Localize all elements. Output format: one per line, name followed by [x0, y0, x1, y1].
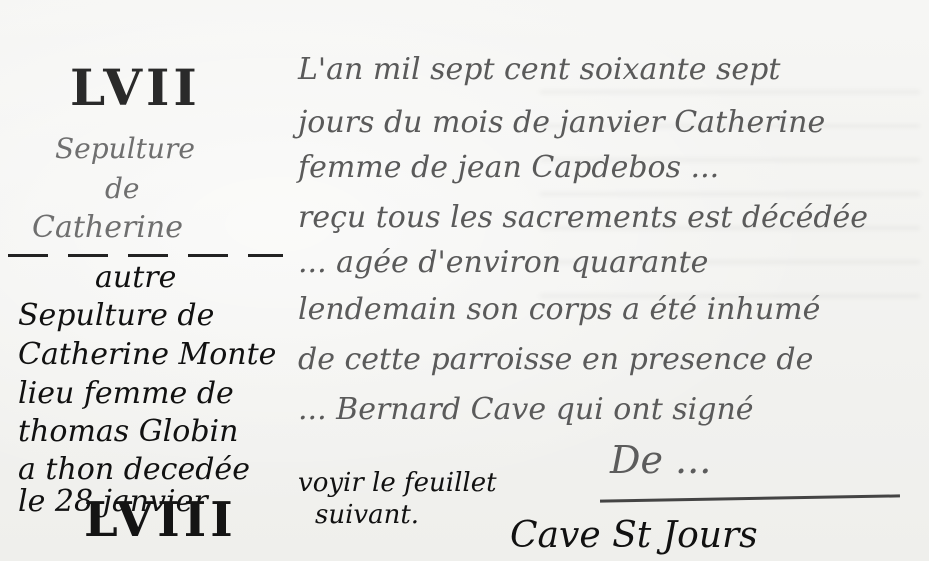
entry-number-lviii: LVIII — [84, 492, 237, 548]
signature-flourish — [600, 494, 900, 502]
body-text-line: L'an mil sept cent soixante sept — [298, 52, 780, 87]
entry-number-lvii: LVII — [70, 58, 201, 117]
margin-note-line: Sepulture de — [18, 298, 214, 333]
signature: De ... — [610, 438, 711, 482]
scanned-register-page: LVII Sepulture de Catherine autre Sepult… — [0, 0, 929, 561]
body-text-line: ... agée d'environ quarante — [298, 245, 708, 280]
body-text-line: lendemain son corps a été inhumé — [298, 292, 820, 327]
margin-note-line: Catherine Monte — [18, 337, 276, 372]
body-text-line: ... Bernard Cave qui ont signé — [298, 392, 754, 427]
margin-note-line: a thon decedée — [18, 452, 250, 487]
separator-rule — [8, 254, 283, 257]
margin-note-line: lieu femme de — [18, 376, 234, 411]
margin-note-line: Catherine — [32, 210, 183, 245]
body-text-line: reçu tous les sacrements est décédée — [298, 200, 868, 235]
margin-note-line: autre — [95, 260, 176, 295]
margin-note-line: de — [105, 172, 140, 205]
cross-reference-line: voyir le feuillet — [298, 468, 497, 498]
body-text-line: de cette parroisse en presence de — [298, 342, 813, 377]
margin-note-line: thomas Globin — [18, 414, 238, 449]
margin-note-line: Sepulture — [55, 132, 195, 165]
signature: Cave St Jours — [510, 515, 758, 556]
body-text-line: femme de jean Capdebos ... — [298, 150, 719, 185]
cross-reference-line: suivant. — [315, 500, 419, 530]
body-text-line: jours du mois de janvier Catherine — [298, 105, 825, 140]
